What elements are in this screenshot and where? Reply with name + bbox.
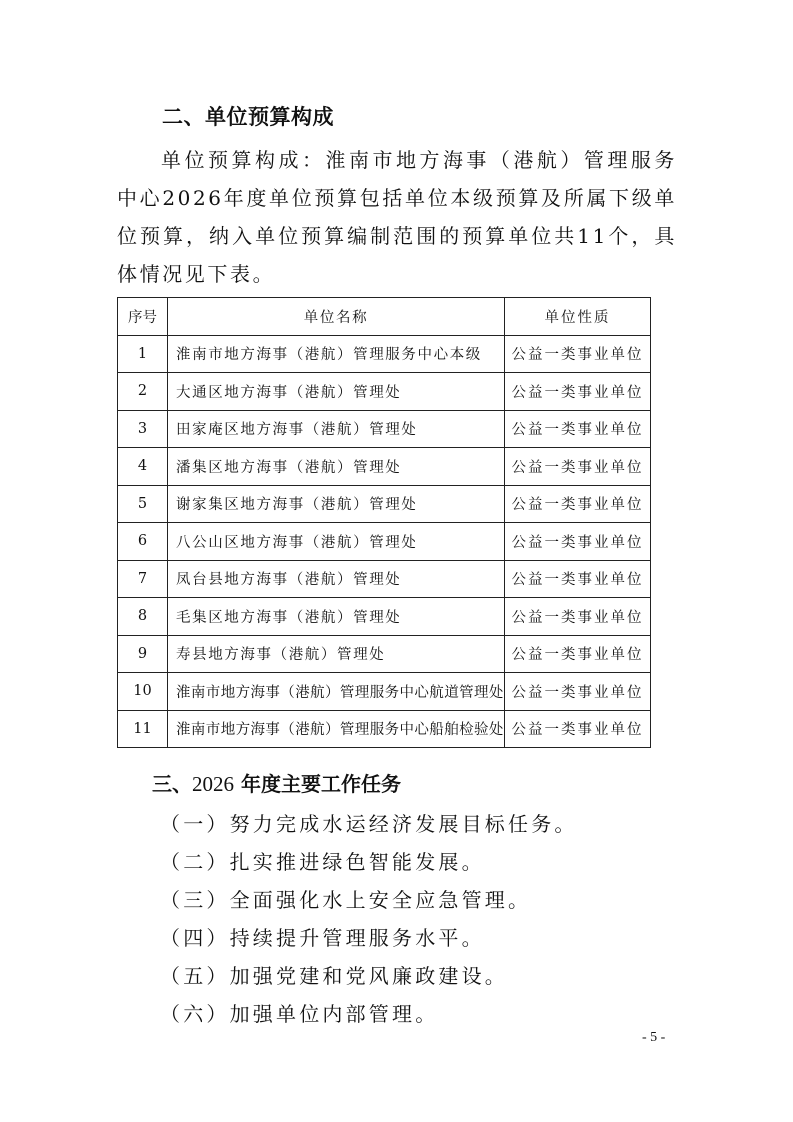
table-row: 10淮南市地方海事（港航）管理服务中心航道管理处公益一类事业单位: [118, 673, 651, 711]
column-header-index: 序号: [118, 298, 168, 336]
heading-prefix: 三、: [152, 772, 192, 796]
cell-unit-name: 寿县地方海事（港航）管理处: [168, 635, 505, 673]
cell-unit-type: 公益一类事业单位: [505, 710, 651, 748]
cell-unit-type: 公益一类事业单位: [505, 673, 651, 711]
table-row: 5谢家集区地方海事（港航）管理处公益一类事业单位: [118, 485, 651, 523]
list-item: （二）扎实推进绿色智能发展。: [160, 843, 578, 881]
list-item: （六）加强单位内部管理。: [160, 995, 578, 1033]
cell-index: 4: [118, 448, 168, 486]
section-heading-budget-composition: 二、单位预算构成: [162, 101, 334, 131]
section-heading-main-tasks: 三、2026 年度主要工作任务: [152, 768, 401, 797]
cell-unit-type: 公益一类事业单位: [505, 373, 651, 411]
list-item: （一）努力完成水运经济发展目标任务。: [160, 805, 578, 843]
table-header-row: 序号 单位名称 单位性质: [118, 298, 651, 336]
list-item: （五）加强党建和党风廉政建设。: [160, 957, 578, 995]
heading-year: 2026: [192, 772, 234, 796]
cell-unit-name: 八公山区地方海事（港航）管理处: [168, 523, 505, 561]
budget-units-table: 序号 单位名称 单位性质 1淮南市地方海事（港航）管理服务中心本级公益一类事业单…: [117, 297, 651, 748]
cell-index: 2: [118, 373, 168, 411]
cell-unit-type: 公益一类事业单位: [505, 635, 651, 673]
cell-index: 6: [118, 523, 168, 561]
cell-unit-name: 潘集区地方海事（港航）管理处: [168, 448, 505, 486]
cell-index: 7: [118, 560, 168, 598]
cell-unit-name: 毛集区地方海事（港航）管理处: [168, 598, 505, 636]
cell-unit-name: 淮南市地方海事（港航）管理服务中心航道管理处: [168, 673, 505, 711]
list-item: （三）全面强化水上安全应急管理。: [160, 881, 578, 919]
table-row: 1淮南市地方海事（港航）管理服务中心本级公益一类事业单位: [118, 335, 651, 373]
cell-unit-type: 公益一类事业单位: [505, 485, 651, 523]
cell-index: 3: [118, 410, 168, 448]
cell-unit-name: 淮南市地方海事（港航）管理服务中心船舶检验处: [168, 710, 505, 748]
table-row: 11淮南市地方海事（港航）管理服务中心船舶检验处公益一类事业单位: [118, 710, 651, 748]
task-list: （一）努力完成水运经济发展目标任务。 （二）扎实推进绿色智能发展。 （三）全面强…: [160, 805, 578, 1033]
table-row: 7凤台县地方海事（港航）管理处公益一类事业单位: [118, 560, 651, 598]
budget-composition-paragraph: 单位预算构成：淮南市地方海事（港航）管理服务中心2026年度单位预算包括单位本级…: [117, 141, 677, 293]
table-row: 9寿县地方海事（港航）管理处公益一类事业单位: [118, 635, 651, 673]
cell-unit-type: 公益一类事业单位: [505, 410, 651, 448]
cell-unit-name: 淮南市地方海事（港航）管理服务中心本级: [168, 335, 505, 373]
cell-index: 11: [118, 710, 168, 748]
cell-unit-type: 公益一类事业单位: [505, 335, 651, 373]
heading-suffix: 年度主要工作任务: [241, 772, 401, 796]
page-number: - 5 -: [642, 1030, 665, 1046]
cell-unit-name: 大通区地方海事（港航）管理处: [168, 373, 505, 411]
cell-index: 8: [118, 598, 168, 636]
cell-unit-type: 公益一类事业单位: [505, 523, 651, 561]
cell-unit-type: 公益一类事业单位: [505, 598, 651, 636]
table-row: 4潘集区地方海事（港航）管理处公益一类事业单位: [118, 448, 651, 486]
table-row: 6八公山区地方海事（港航）管理处公益一类事业单位: [118, 523, 651, 561]
column-header-unit-name: 单位名称: [168, 298, 505, 336]
table-row: 8毛集区地方海事（港航）管理处公益一类事业单位: [118, 598, 651, 636]
cell-unit-type: 公益一类事业单位: [505, 448, 651, 486]
document-page: 二、单位预算构成 单位预算构成：淮南市地方海事（港航）管理服务中心2026年度单…: [0, 0, 793, 1122]
column-header-unit-type: 单位性质: [505, 298, 651, 336]
cell-unit-name: 凤台县地方海事（港航）管理处: [168, 560, 505, 598]
cell-unit-name: 谢家集区地方海事（港航）管理处: [168, 485, 505, 523]
table-row: 3田家庵区地方海事（港航）管理处公益一类事业单位: [118, 410, 651, 448]
cell-index: 9: [118, 635, 168, 673]
cell-unit-type: 公益一类事业单位: [505, 560, 651, 598]
cell-index: 5: [118, 485, 168, 523]
cell-unit-name: 田家庵区地方海事（港航）管理处: [168, 410, 505, 448]
cell-index: 10: [118, 673, 168, 711]
list-item: （四）持续提升管理服务水平。: [160, 919, 578, 957]
table-row: 2大通区地方海事（港航）管理处公益一类事业单位: [118, 373, 651, 411]
cell-index: 1: [118, 335, 168, 373]
